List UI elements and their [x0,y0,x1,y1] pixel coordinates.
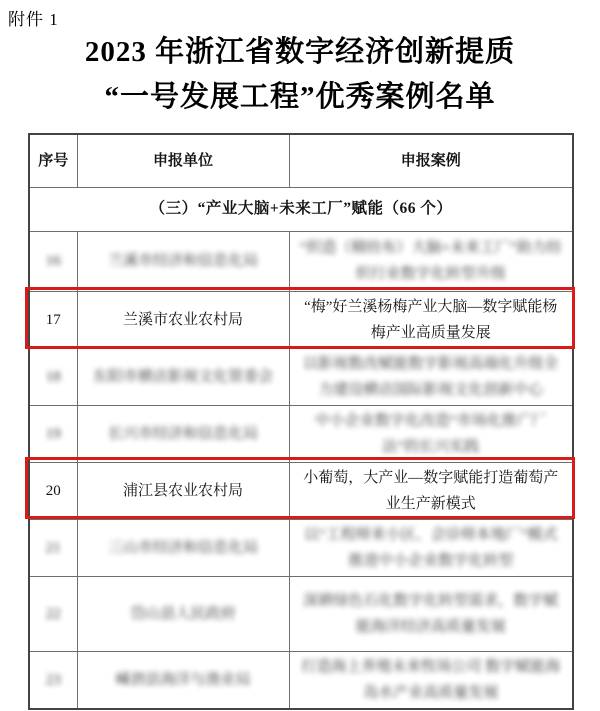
case-cell: 中小企业数字化改造“市场化推广厂法”的长兴实践 [289,405,573,462]
table-row-20: 20 浦江县农业农村局 小葡萄，大产业—数字赋能打造葡萄产业生产新模式 [29,462,573,519]
section-header-label: （三）“产业大脑+未来工厂”赋能（66 个） [29,187,573,231]
serial-cell: 17 [29,291,77,348]
document-page: 附件 1 2023 年浙江省数字经济创新提质 “一号发展工程”优秀案例名单 序号… [0,0,600,711]
attachment-label: 附件 1 [8,5,59,30]
title-line-2: “一号发展工程”优秀案例名单 [0,75,600,120]
unit-cell: 长兴市经济和信息化局 [77,405,289,462]
table-row-21: 21 三山市经济和信息化局 以“工程师来小区、会诊师本地厂”模式推进中小企业数字… [29,519,573,576]
award-table: 序号 申报单位 申报案例 （三）“产业大脑+未来工厂”赋能（66 个） 16 兰… [28,133,574,710]
serial-cell: 23 [29,651,77,709]
serial-cell: 16 [29,231,77,291]
serial-cell: 20 [29,462,77,519]
serial-cell: 22 [29,576,77,651]
award-table-container: 序号 申报单位 申报案例 （三）“产业大脑+未来工厂”赋能（66 个） 16 兰… [28,133,572,703]
header-case: 申报案例 [289,134,573,187]
header-unit: 申报单位 [77,134,289,187]
header-serial: 序号 [29,134,77,187]
case-cell: 小葡萄，大产业—数字赋能打造葡萄产业生产新模式 [289,462,573,519]
unit-cell: 浦江县农业农村局 [77,462,289,519]
case-cell: “梅”好兰溪杨梅产业大脑—数字赋能杨梅产业高质量发展 [289,291,573,348]
table-row-19: 19 长兴市经济和信息化局 中小企业数字化改造“市场化推广厂法”的长兴实践 [29,405,573,462]
table-row-22: 22 岱山县人民政府 深耕绿色石化数字化转型需求，数字赋能海洋经济高质量发展 [29,576,573,651]
unit-cell: 嵊泗县海洋与渔业局 [77,651,289,709]
table-row-16: 16 兰溪市经济和信息化局 “织造（精纺布）大脑+未来工厂”助力纺织行业数字化转… [29,231,573,291]
case-cell: 以“工程师来小区、会诊师本地厂”模式推进中小企业数字化转型 [289,519,573,576]
case-cell: 以影视数改赋能数字影视高端化升级全力建设横店国际影视文化创新中心 [289,348,573,405]
case-cell: “织造（精纺布）大脑+未来工厂”助力纺织行业数字化转型升级 [289,231,573,291]
unit-cell: 兰溪市农业农村局 [77,291,289,348]
table-header-row: 序号 申报单位 申报案例 [29,134,573,187]
case-cell: 深耕绿色石化数字化转型需求，数字赋能海洋经济高质量发展 [289,576,573,651]
table-row-17: 17 兰溪市农业农村局 “梅”好兰溪杨梅产业大脑—数字赋能杨梅产业高质量发展 [29,291,573,348]
case-cell: 打造海上养殖未来牧场公司 数字赋能海岛水产业高质量发展 [289,651,573,709]
document-title: 2023 年浙江省数字经济创新提质 “一号发展工程”优秀案例名单 [0,30,600,120]
serial-cell: 19 [29,405,77,462]
title-line-1: 2023 年浙江省数字经济创新提质 [0,30,600,75]
unit-cell: 三山市经济和信息化局 [77,519,289,576]
serial-cell: 21 [29,519,77,576]
table-row-23: 23 嵊泗县海洋与渔业局 打造海上养殖未来牧场公司 数字赋能海岛水产业高质量发展 [29,651,573,709]
table-row-18: 18 东阳市横店影视文化管委会 以影视数改赋能数字影视高端化升级全力建设横店国际… [29,348,573,405]
unit-cell: 岱山县人民政府 [77,576,289,651]
serial-cell: 18 [29,348,77,405]
unit-cell: 兰溪市经济和信息化局 [77,231,289,291]
unit-cell: 东阳市横店影视文化管委会 [77,348,289,405]
section-header-row: （三）“产业大脑+未来工厂”赋能（66 个） [29,187,573,231]
